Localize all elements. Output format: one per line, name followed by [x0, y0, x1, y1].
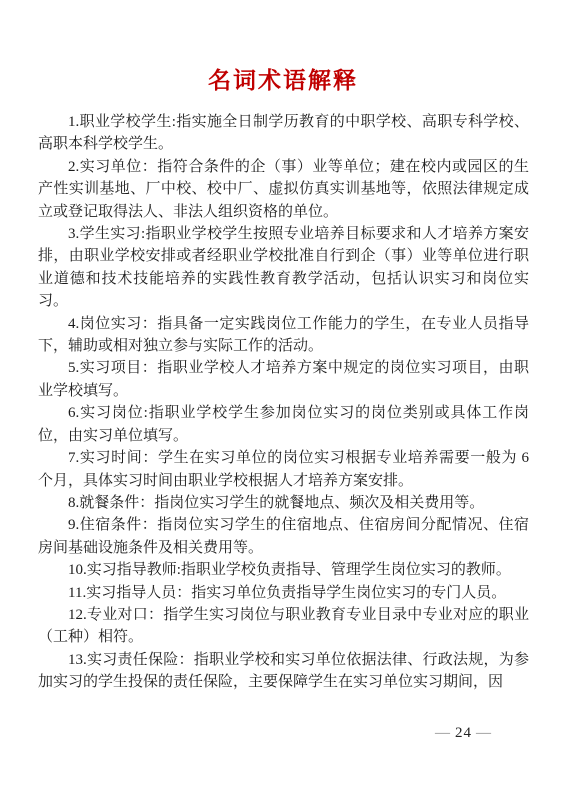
- page-number: —24—: [431, 725, 496, 742]
- terms-list: 1.职业学校学生:指实施全日制学历教育的中职学校、高职专科学校、高职本科学校学生…: [38, 111, 529, 694]
- term-item-1: 1.职业学校学生:指实施全日制学历教育的中职学校、高职专科学校、高职本科学校学生…: [38, 111, 529, 156]
- term-item-13: 13.实习责任保险：指职业学校和实习单位依据法律、行政法规，为参加实习的学生投保…: [38, 649, 529, 694]
- term-item-5: 5.实习项目：指职业学校人才培养方案中规定的岗位实习项目，由职业学校填写。: [38, 357, 529, 402]
- term-item-7: 7.实习时间：学生在实习单位的岗位实习根据专业培养需要一般为 6 个月，具体实习…: [38, 447, 529, 492]
- term-item-6: 6.实习岗位:指职业学校学生参加岗位实习的岗位类别或具体工作岗位，由实习单位填写…: [38, 402, 529, 447]
- page-title: 名词术语解释: [0, 0, 566, 95]
- term-item-2: 2.实习单位：指符合条件的企（事）业等单位；建在校内或园区的生产性实训基地、厂中…: [38, 156, 529, 223]
- document-page: 名词术语解释 1.职业学校学生:指实施全日制学历教育的中职学校、高职专科学校、高…: [0, 0, 566, 800]
- term-item-3: 3.学生实习:指职业学校学生按照专业培养目标要求和人才培养方案安排，由职业学校安…: [38, 223, 529, 313]
- page-number-dash-left: —: [431, 725, 455, 741]
- term-item-10: 10.实习指导教师:指职业学校负责指导、管理学生岗位实习的教师。: [38, 559, 529, 581]
- term-item-8: 8.就餐条件：指岗位实习学生的就餐地点、频次及相关费用等。: [38, 492, 529, 514]
- term-item-4: 4.岗位实习：指具备一定实践岗位工作能力的学生，在专业人员指导下，辅助或相对独立…: [38, 313, 529, 358]
- term-item-11: 11.实习指导人员：指实习单位负责指导学生岗位实习的专门人员。: [38, 582, 529, 604]
- term-item-9: 9.住宿条件：指岗位实习学生的住宿地点、住宿房间分配情况、住宿房间基础设施条件及…: [38, 514, 529, 559]
- term-item-12: 12.专业对口：指学生实习岗位与职业教育专业目录中专业对应的职业（工种）相符。: [38, 604, 529, 649]
- page-number-dash-right: —: [472, 725, 496, 741]
- page-number-value: 24: [455, 725, 472, 741]
